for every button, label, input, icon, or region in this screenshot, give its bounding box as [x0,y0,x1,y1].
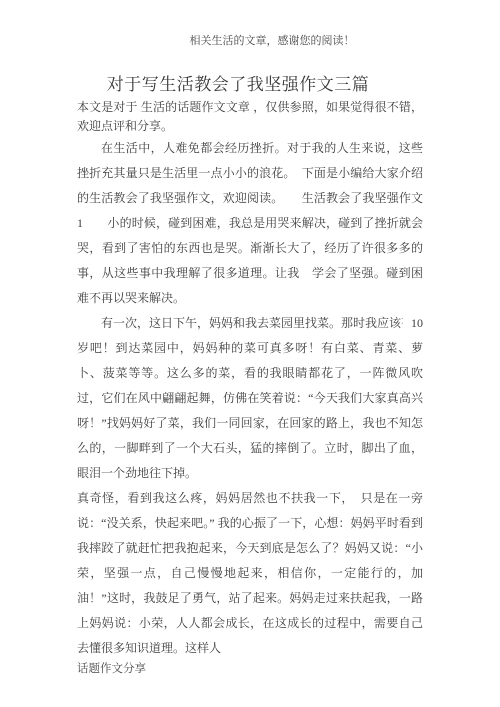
paragraph-essay-2-body: 岁吧！到达菜园中，妈妈种的菜可真多呀！有白菜、青菜、萝卜、菠菜等等。这么多的菜，… [77,336,423,486]
paragraph-essay-2-lead-text: 有一次，这日下午，妈妈和我去菜园里找菜。那时我应该有 [101,311,403,336]
document-page: 相关生活的文章，感谢您的阅读！ 对于写生活教会了我坚强作文三篇 本文是对于 生活… [0,0,500,707]
age-number: 10 [403,311,423,336]
page-title: 对于写生活教会了我坚强作文三篇 [0,72,488,98]
document-body: 本文是对于 生活的话题作文文章 ，仅供参照，如果觉得很不错，欢迎点评和分享。 在… [77,98,423,678]
footer-note: 话题作文分享 [77,661,423,678]
header-note: 相关生活的文章，感谢您的阅读！ [22,34,500,49]
paragraph-essay-1: 在生活中，人难免都会经历挫折。对于我的人生来说，这些挫折充其量只是生活里一点小小… [77,136,423,311]
paragraph-intro: 本文是对于 生活的话题作文文章 ，仅供参照，如果觉得很不错，欢迎点评和分享。 [77,98,423,136]
paragraph-essay-2-lead: 有一次，这日下午，妈妈和我去菜园里找菜。那时我应该有 10 [77,311,423,336]
paragraph-essay-3: 真奇怪，看到我这么疼，妈妈居然也不扶我一下， 只是在一旁说：“没关系，快起来吧。… [77,486,423,661]
